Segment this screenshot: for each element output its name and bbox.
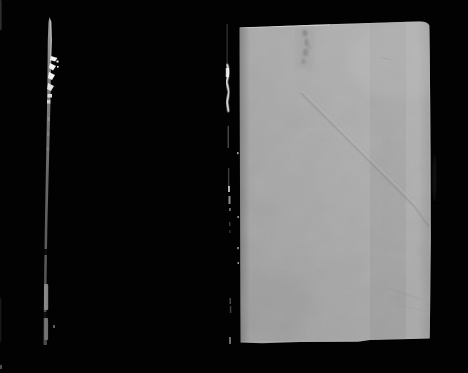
page-dark-patch [230, 275, 314, 335]
ink-bleed-smudge [296, 27, 313, 69]
page-edge-shadow [433, 154, 437, 202]
scanned-book-image [0, 0, 468, 373]
blank-page [230, 12, 452, 352]
scan-canvas [0, 0, 468, 373]
spine-gap [43, 312, 50, 318]
spine-gap [43, 249, 50, 255]
